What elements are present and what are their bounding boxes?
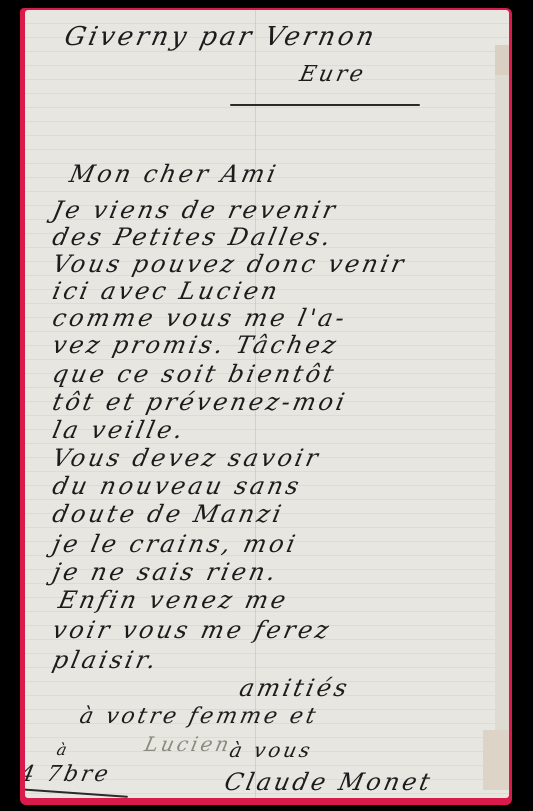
salutation: Mon cher Ami [67,160,281,188]
body-line: Vous pouvez donc venir [50,250,409,278]
body-line: plaisir. [50,646,161,674]
closing-line: à vous [227,738,315,762]
body-line: Enfin venez me [56,586,291,614]
body-line: du nouveau sans [50,472,304,500]
body-line: Vous devez savoir [50,444,323,472]
body-line: je le crains, moi [50,530,301,558]
closing-pencil-note: Lucien [142,732,234,756]
body-line: ici avec Lucien [50,277,283,305]
body-line: que ce soit bientôt [50,360,339,388]
body-line: tôt et prévenez-moi [50,388,350,416]
header-department: Eure [297,62,368,87]
body-line: voir vous me ferez [50,616,334,644]
body-line: Je viens de revenir [50,196,340,224]
body-line: vez promis. Tâchez [50,331,341,359]
header-underline [230,104,420,106]
body-line: doute de Manzi [50,500,287,528]
body-line: des Petites Dalles. [50,223,336,251]
date-underline [25,788,128,798]
paper-stain [483,730,509,790]
letter-paper: Giverny par Vernon Eure Mon cher Ami Je … [25,10,509,798]
paper-edge [495,50,509,730]
closing-line: à votre femme et [77,704,320,729]
closing-line: amitiés [237,674,353,702]
body-line: la veille. [50,416,188,444]
letter-date: 4 7bre [25,762,113,787]
header-place: Giverny par Vernon [62,22,380,52]
signature: Claude Monet [222,768,435,796]
body-line: je ne sais rien. [50,558,281,586]
body-line: comme vous me l'a- [50,304,350,332]
paper-stain [495,45,509,75]
closing-prefix: à [55,740,72,759]
